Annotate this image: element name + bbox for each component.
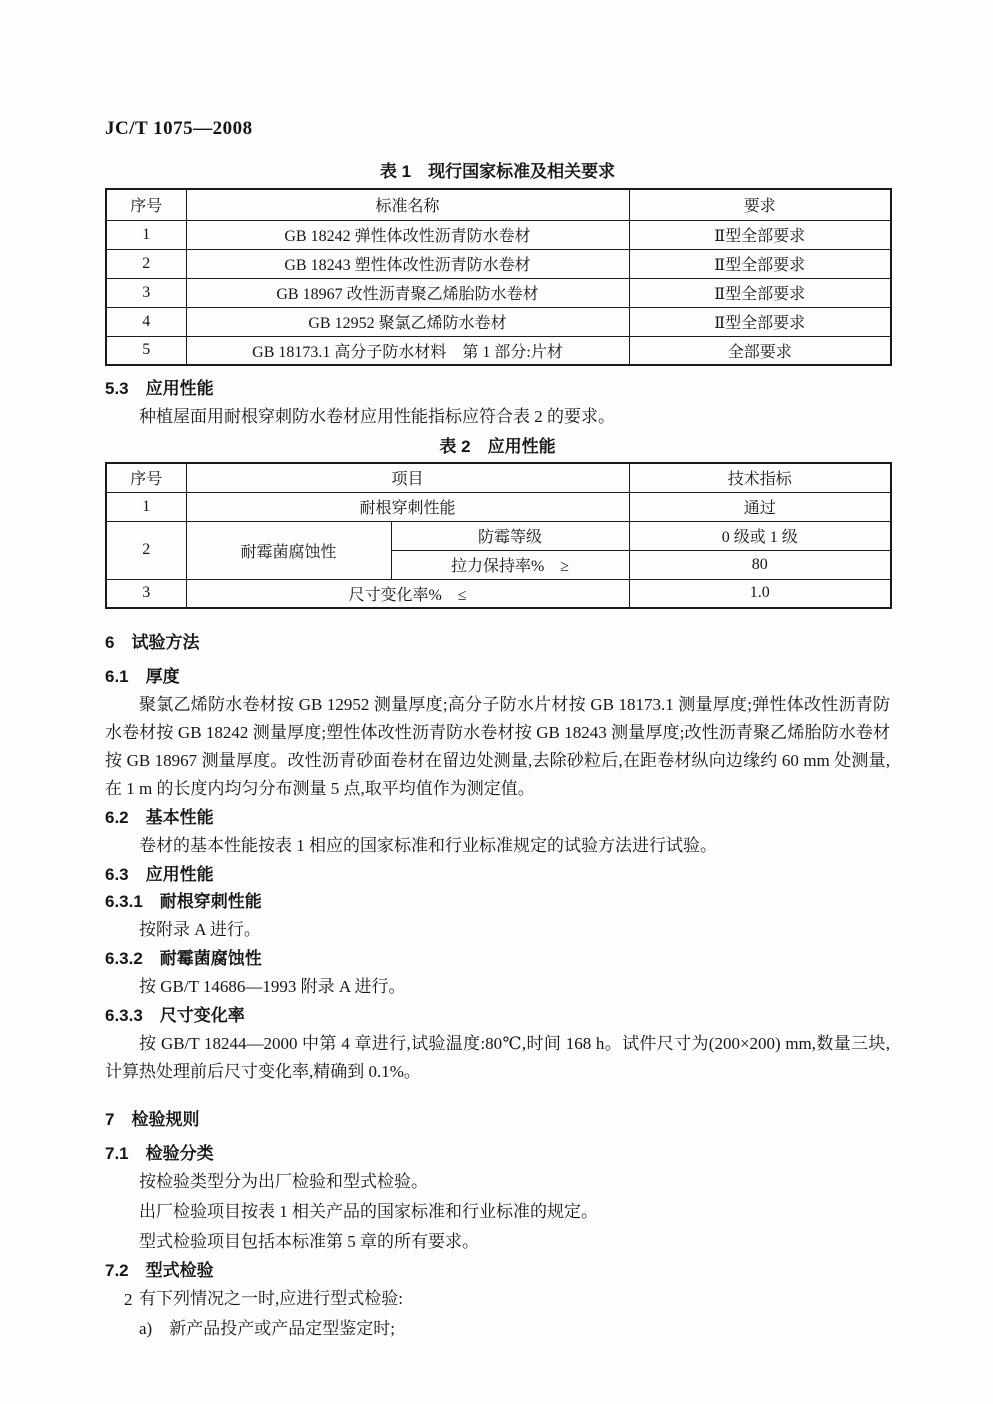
section-heading-6-1: 6.1 厚度 <box>105 665 890 689</box>
table2-cell: 拉力保持率% ≥ <box>391 550 629 579</box>
page-number: 2 <box>124 1290 133 1310</box>
table2-header-cell: 技术指标 <box>629 463 891 492</box>
paragraph-7-2: 有下列情况之一时,应进行型式检验: <box>105 1285 890 1313</box>
table2: 序号 项目 技术指标 1 耐根穿刺性能 通过 2 耐霉菌腐蚀性 防霉等级 0 级… <box>105 462 892 609</box>
section-heading-6: 6 试验方法 <box>105 631 890 655</box>
table1-header-cell: 要求 <box>629 189 891 220</box>
table1-cell: Ⅱ型全部要求 <box>629 249 891 278</box>
table1-cell: 1 <box>106 220 186 249</box>
table1-row: 2 GB 18243 塑性体改性沥青防水卷材 Ⅱ型全部要求 <box>106 249 891 278</box>
table1-cell: GB 12952 聚氯乙烯防水卷材 <box>186 307 629 336</box>
table2-cell: 2 <box>106 521 186 579</box>
table1-cell: GB 18967 改性沥青聚乙烯胎防水卷材 <box>186 278 629 307</box>
paragraph-5-3: 种植屋面用耐根穿刺防水卷材应用性能指标应符合表 2 的要求。 <box>105 403 890 431</box>
table1-cell: 全部要求 <box>629 336 891 365</box>
table2-row: 3 尺寸变化率% ≤ 1.0 <box>106 579 891 608</box>
table1-cell: 2 <box>106 249 186 278</box>
table1-cell: 3 <box>106 278 186 307</box>
table2-cell: 80 <box>629 550 891 579</box>
section-heading-6-3-2: 6.3.2 耐霉菌腐蚀性 <box>105 947 890 971</box>
table1-row: 5 GB 18173.1 高分子防水材料 第 1 部分:片材 全部要求 <box>106 336 891 365</box>
table1-cell: GB 18242 弹性体改性沥青防水卷材 <box>186 220 629 249</box>
page-content: JC/T 1075—2008 表 1 现行国家标准及相关要求 序号 标准名称 要… <box>105 0 890 1343</box>
table1-cell: Ⅱ型全部要求 <box>629 307 891 336</box>
table2-cell: 3 <box>106 579 186 608</box>
table2-header-cell: 序号 <box>106 463 186 492</box>
paragraph-6-3-1: 按附录 A 进行。 <box>105 916 890 944</box>
doc-number: JC/T 1075—2008 <box>105 118 890 140</box>
table1-row: 1 GB 18242 弹性体改性沥青防水卷材 Ⅱ型全部要求 <box>106 220 891 249</box>
table2-cell: 耐根穿刺性能 <box>186 492 629 521</box>
table2-row: 1 耐根穿刺性能 通过 <box>106 492 891 521</box>
paragraph-6-1: 聚氯乙烯防水卷材按 GB 12952 测量厚度;高分子防水片材按 GB 1817… <box>105 691 890 803</box>
section-heading-6-2: 6.2 基本性能 <box>105 806 890 830</box>
table2-cell: 1 <box>106 492 186 521</box>
paragraph-6-3-3: 按 GB/T 18244—2000 中第 4 章进行,试验温度:80℃,时间 1… <box>105 1030 890 1086</box>
table1-header-row: 序号 标准名称 要求 <box>106 189 891 220</box>
table1-cell: Ⅱ型全部要求 <box>629 220 891 249</box>
paragraph-7-1-line1: 按检验类型分为出厂检验和型式检验。 <box>105 1168 890 1196</box>
table1-header-cell: 标准名称 <box>186 189 629 220</box>
table2-row: 2 耐霉菌腐蚀性 防霉等级 0 级或 1 级 <box>106 521 891 550</box>
list-item-a: a) 新产品投产或产品定型鉴定时; <box>105 1315 890 1343</box>
table2-cell: 0 级或 1 级 <box>629 521 891 550</box>
table1-row: 4 GB 12952 聚氯乙烯防水卷材 Ⅱ型全部要求 <box>106 307 891 336</box>
table2-cell: 防霉等级 <box>391 521 629 550</box>
paragraph-7-1-line2: 出厂检验项目按表 1 相关产品的国家标准和行业标准的规定。 <box>105 1198 890 1226</box>
table2-header-cell: 项目 <box>186 463 629 492</box>
table2-cell: 通过 <box>629 492 891 521</box>
table1-row: 3 GB 18967 改性沥青聚乙烯胎防水卷材 Ⅱ型全部要求 <box>106 278 891 307</box>
table2-title: 表 2 应用性能 <box>105 432 890 457</box>
paragraph-7-1-line3: 型式检验项目包括本标准第 5 章的所有要求。 <box>105 1228 890 1256</box>
table1-cell: Ⅱ型全部要求 <box>629 278 891 307</box>
section-heading-7: 7 检验规则 <box>105 1108 890 1132</box>
paragraph-6-3-2: 按 GB/T 14686—1993 附录 A 进行。 <box>105 973 890 1001</box>
table1-cell: 4 <box>106 307 186 336</box>
table1-title: 表 1 现行国家标准及相关要求 <box>105 157 890 182</box>
section-heading-7-2: 7.2 型式检验 <box>105 1259 890 1283</box>
section-heading-6-3-3: 6.3.3 尺寸变化率 <box>105 1004 890 1028</box>
section-heading-5-3: 5.3 应用性能 <box>105 377 890 401</box>
paragraph-6-2: 卷材的基本性能按表 1 相应的国家标准和行业标准规定的试验方法进行试验。 <box>105 832 890 860</box>
table2-header-row: 序号 项目 技术指标 <box>106 463 891 492</box>
table1-cell: 5 <box>106 336 186 365</box>
section-heading-6-3: 6.3 应用性能 <box>105 863 890 887</box>
section-heading-6-3-1: 6.3.1 耐根穿刺性能 <box>105 890 890 914</box>
table1-cell: GB 18173.1 高分子防水材料 第 1 部分:片材 <box>186 336 629 365</box>
document-page: JC/T 1075—2008 表 1 现行国家标准及相关要求 序号 标准名称 要… <box>0 0 993 1404</box>
table2-cell: 1.0 <box>629 579 891 608</box>
table2-cell: 耐霉菌腐蚀性 <box>186 521 391 579</box>
table2-cell: 尺寸变化率% ≤ <box>186 579 629 608</box>
table1-header-cell: 序号 <box>106 189 186 220</box>
table1: 序号 标准名称 要求 1 GB 18242 弹性体改性沥青防水卷材 Ⅱ型全部要求… <box>105 188 892 366</box>
table1-cell: GB 18243 塑性体改性沥青防水卷材 <box>186 249 629 278</box>
section-heading-7-1: 7.1 检验分类 <box>105 1142 890 1166</box>
